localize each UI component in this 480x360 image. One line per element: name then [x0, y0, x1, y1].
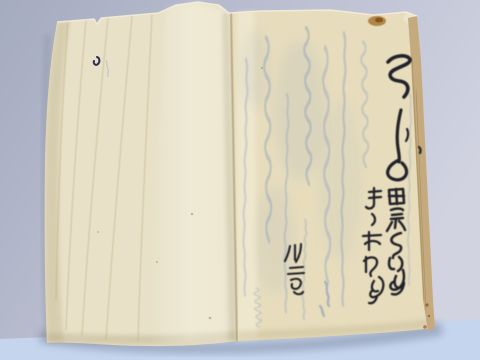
photo-old-japanese-manuscript-book [0, 0, 480, 360]
manuscript-photo [0, 0, 480, 360]
left-page [45, 2, 237, 346]
